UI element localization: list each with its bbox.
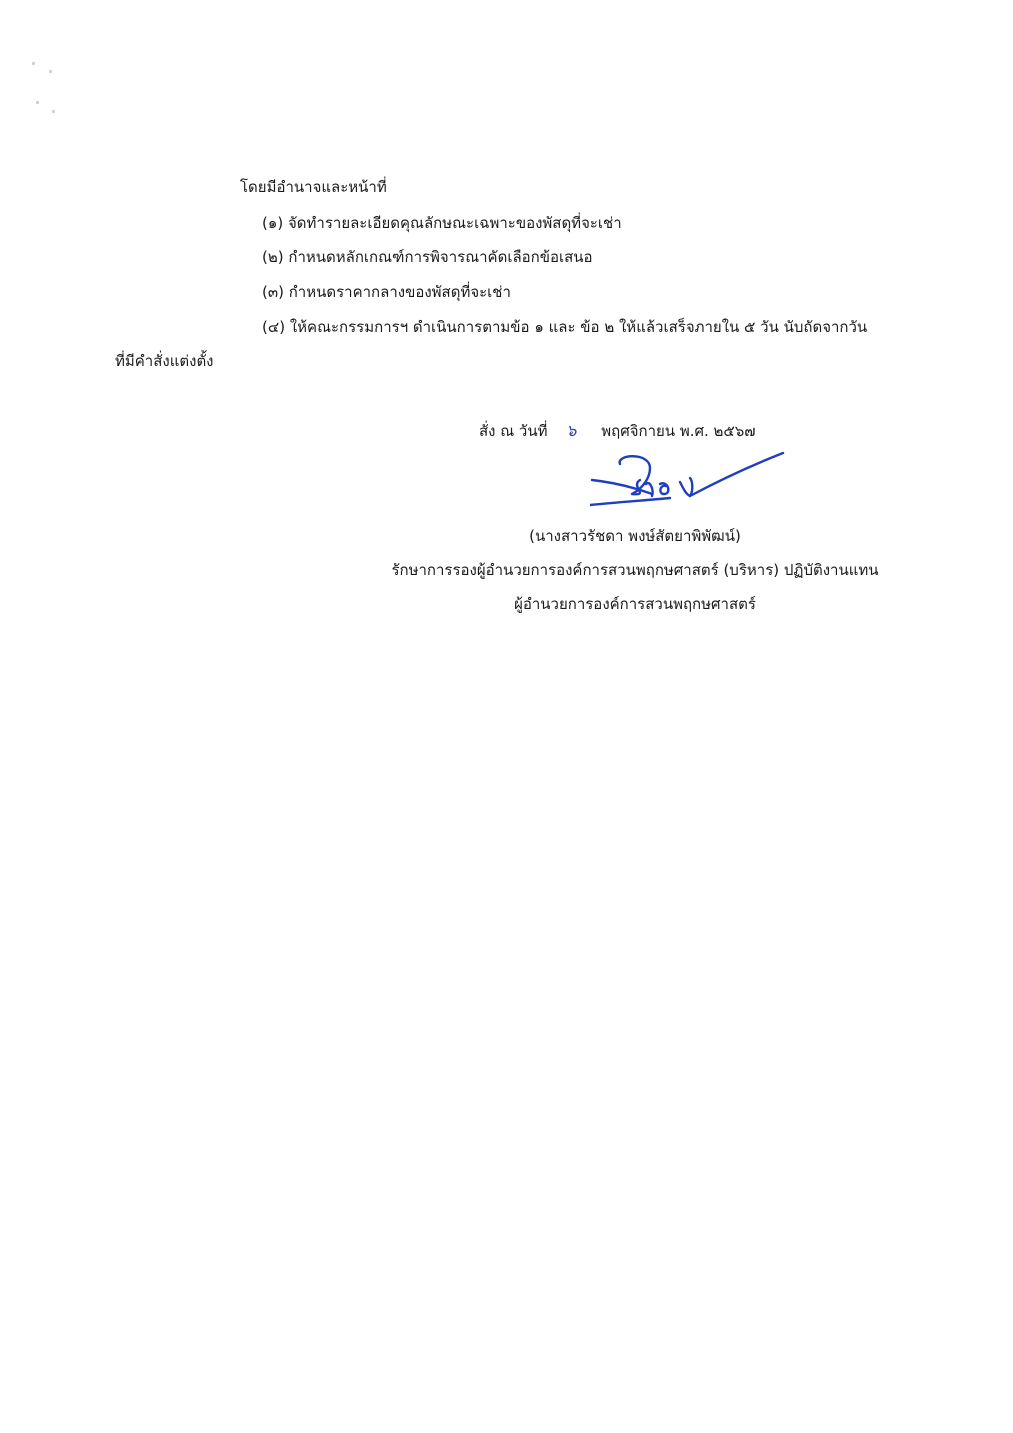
powers-intro: โดยมีอำนาจและหน้าที่ [240, 177, 387, 197]
scan-speck [52, 110, 55, 113]
order-date-month-year: พฤศจิกายน พ.ศ. ๒๕๖๗ [601, 420, 755, 442]
signatory-name: (นางสาวรัชดา พงษ์สัตยาพิพัฒน์) [370, 519, 900, 553]
order-date-prefix: สั่ง ณ วันที่ [479, 420, 548, 442]
scan-speck [36, 101, 39, 104]
document-page: โดยมีอำนาจและหน้าที่ (๑) จัดทำรายละเอียด… [0, 0, 1013, 1433]
duty-item-2: (๒) กำหนดหลักเกณฑ์การพิจารณาคัดเลือกข้อเ… [262, 247, 593, 267]
scan-speck [49, 70, 52, 73]
signatory-position-line-2: ผู้อำนวยการองค์การสวนพฤกษศาสตร์ [370, 587, 900, 621]
duty-item-4-continuation: ที่มีคำสั่งแต่งตั้ง [115, 351, 214, 371]
scan-speck [32, 62, 35, 65]
duty-item-1: (๑) จัดทำรายละเอียดคุณลักษณะเฉพาะของพัสด… [262, 213, 622, 233]
signatory-position-line-1: รักษาการรองผู้อำนวยการองค์การสวนพฤกษศาสต… [370, 553, 900, 587]
signature-icon [590, 450, 790, 512]
order-date: สั่ง ณ วันที่ ๖ พฤศจิกายน พ.ศ. ๒๕๖๗ [479, 420, 756, 442]
signatory-block: (นางสาวรัชดา พงษ์สัตยาพิพัฒน์) รักษาการร… [370, 519, 900, 621]
duty-item-3: (๓) กำหนดราคากลางของพัสดุที่จะเช่า [262, 282, 511, 302]
order-date-day: ๖ [566, 420, 576, 442]
duty-item-4: (๔) ให้คณะกรรมการฯ ดำเนินการตามข้อ ๑ และ… [262, 317, 867, 337]
